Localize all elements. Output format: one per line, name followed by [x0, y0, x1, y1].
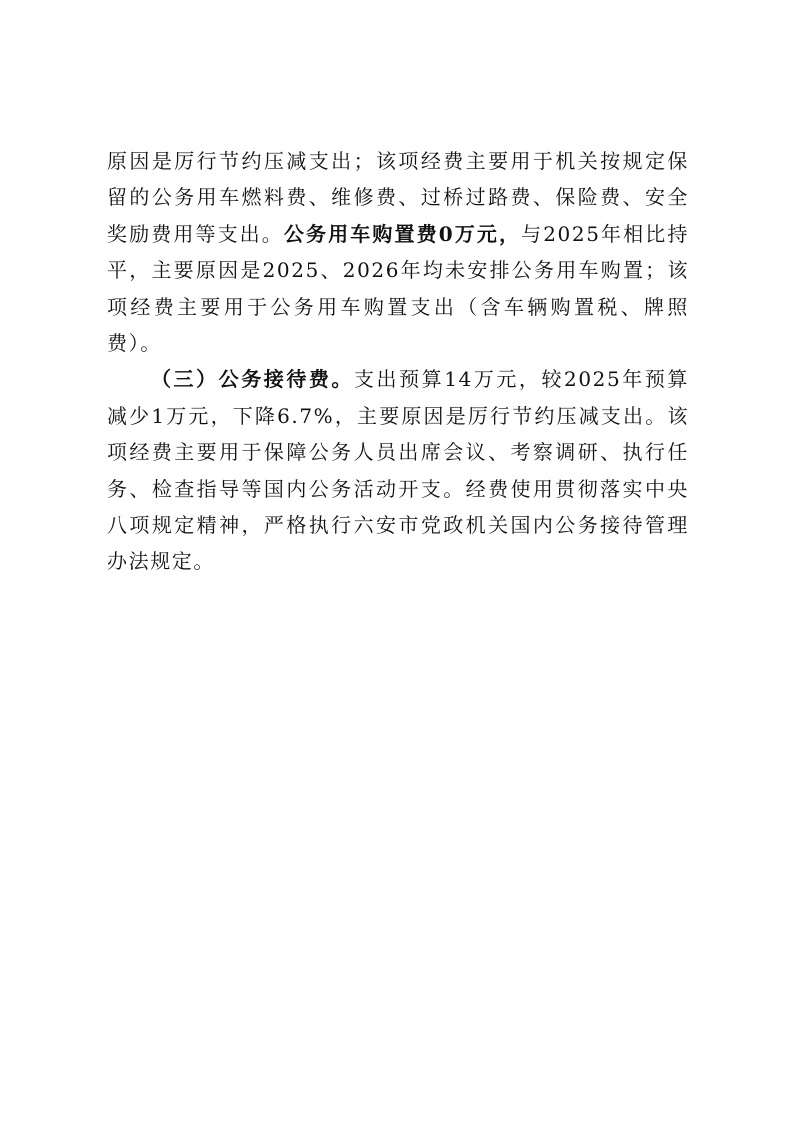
vehicle-purchase-heading: 公务用车购置费0万元， — [284, 222, 521, 246]
paragraph-reception-costs: （三）公务接待费。支出预算14万元，较2025年预算减少1万元，下降6.7%，主… — [107, 361, 689, 579]
reception-heading: （三）公务接待费。 — [151, 367, 354, 391]
reception-text: 支出预算14万元，较2025年预算减少1万元，下降6.7%，主要原因是厉行节约压… — [107, 367, 689, 573]
document-page: 原因是厉行节约压减支出；该项经费主要用于机关按规定保留的公务用车燃料费、维修费、… — [107, 143, 689, 580]
paragraph-vehicle-costs: 原因是厉行节约压减支出；该项经费主要用于机关按规定保留的公务用车燃料费、维修费、… — [107, 143, 689, 361]
